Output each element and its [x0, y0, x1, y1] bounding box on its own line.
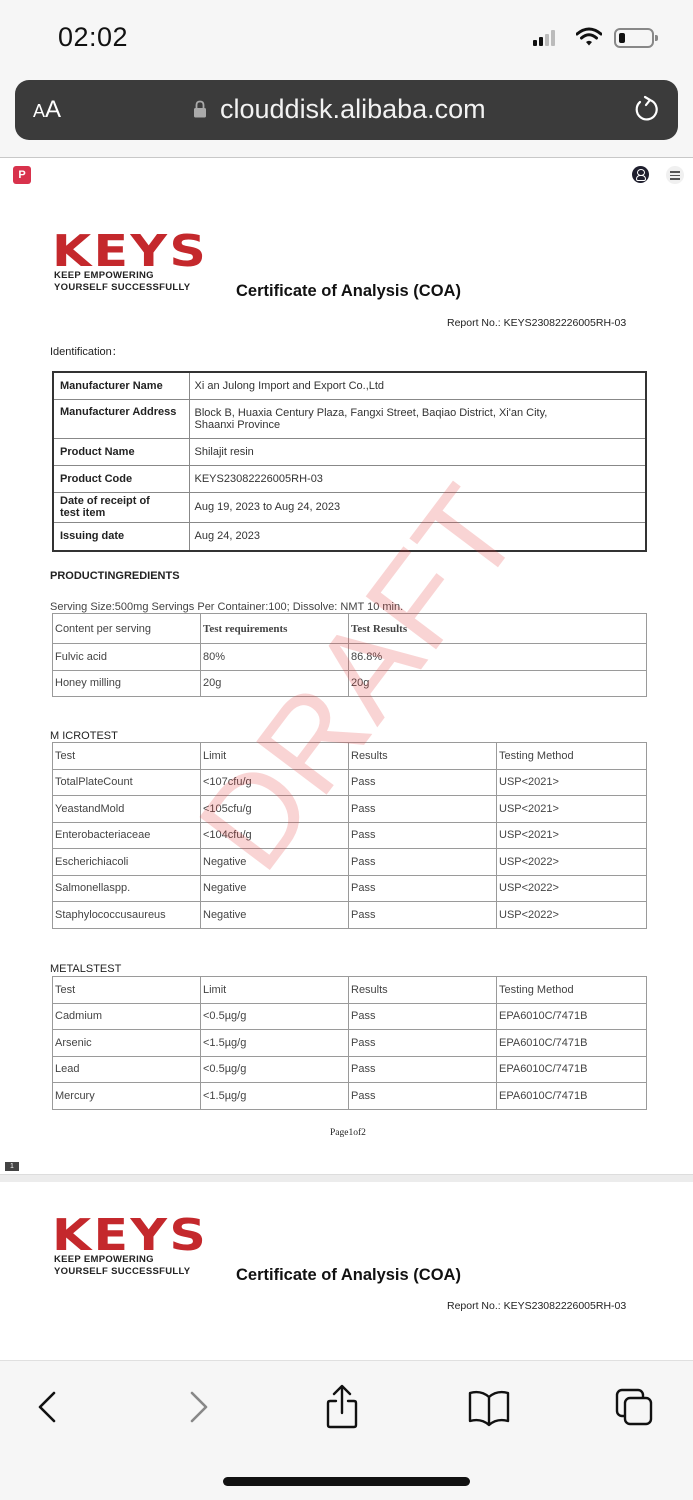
- id-value: Shilajit resin: [189, 438, 646, 465]
- cell: Pass: [349, 822, 497, 849]
- address-bar[interactable]: AA clouddisk.alibaba.com: [15, 80, 678, 140]
- home-indicator[interactable]: [223, 1477, 470, 1486]
- cell: 20g: [201, 670, 349, 697]
- cell: USP<2021>: [497, 796, 647, 823]
- cell: Salmonellaspp.: [53, 875, 201, 902]
- table-row: Cadmium<0.5µg/gPassEPA6010C/7471B: [53, 1003, 647, 1030]
- forward-icon[interactable]: [178, 1387, 218, 1427]
- cell: <1.5µg/g: [201, 1030, 349, 1057]
- serving-note: Serving Size:500mg Servings Per Containe…: [50, 601, 403, 613]
- table-row: Salmonellaspp.NegativePassUSP<2022>: [53, 875, 647, 902]
- cell: Negative: [201, 902, 349, 929]
- id-value: Block B, Huaxia Century Plaza, Fangxi St…: [189, 399, 646, 438]
- cell: USP<2022>: [497, 849, 647, 876]
- report-number: Report No.: KEYS23082226005RH-03: [447, 317, 626, 329]
- tabs-icon[interactable]: [614, 1387, 654, 1427]
- share-icon[interactable]: [322, 1383, 362, 1429]
- column-header: Test Results: [349, 614, 647, 644]
- table-row: Arsenic<1.5µg/gPassEPA6010C/7471B: [53, 1030, 647, 1057]
- user-icon[interactable]: [632, 166, 649, 183]
- identification-table: Manufacturer NameXi an Julong Import and…: [52, 371, 647, 552]
- table-row: Enterobacteriaceae<104cfu/gPassUSP<2021>: [53, 822, 647, 849]
- cell: Pass: [349, 875, 497, 902]
- cell: <0.5µg/g: [201, 1003, 349, 1030]
- id-value: KEYS23082226005RH-03: [189, 465, 646, 492]
- cell: EPA6010C/7471B: [497, 1003, 647, 1030]
- id-key: Product Name: [53, 438, 189, 465]
- cell: 20g: [349, 670, 647, 697]
- keys-logo: KEYS: [52, 230, 208, 274]
- column-header: Testing Method: [497, 743, 647, 770]
- ingredients-table: Content per serving Test requirements Te…: [52, 613, 647, 697]
- id-value: Aug 19, 2023 to Aug 24, 2023: [189, 492, 646, 522]
- cell: Mercury: [53, 1083, 201, 1110]
- cell: 86.8%: [349, 644, 647, 671]
- microtest-heading: M ICROTEST: [50, 730, 118, 742]
- column-header: Limit: [201, 743, 349, 770]
- cell: Pass: [349, 796, 497, 823]
- battery-icon: [614, 28, 654, 48]
- table-row: Honey milling 20g 20g: [53, 670, 647, 697]
- back-icon[interactable]: [28, 1387, 68, 1427]
- cell: Fulvic acid: [53, 644, 201, 671]
- id-key: Manufacturer Address: [53, 399, 189, 438]
- cell: <1.5µg/g: [201, 1083, 349, 1110]
- cell: USP<2022>: [497, 902, 647, 929]
- page-separator: [0, 1174, 693, 1182]
- column-header: Testing Method: [497, 977, 647, 1004]
- table-row: StaphylococcusaureusNegativePassUSP<2022…: [53, 902, 647, 929]
- page-footer: Page1of2: [330, 1128, 366, 1138]
- microtest-table: Test Limit Results Testing Method TotalP…: [52, 742, 647, 929]
- id-key: Manufacturer Name: [53, 372, 189, 399]
- cell: <105cfu/g: [201, 796, 349, 823]
- id-key: Product Code: [53, 465, 189, 492]
- status-bar: 02:02: [0, 0, 693, 78]
- cell: Negative: [201, 875, 349, 902]
- clock: 02:02: [58, 22, 128, 53]
- table-header-row: Test Limit Results Testing Method: [53, 977, 647, 1004]
- cell: Staphylococcusaureus: [53, 902, 201, 929]
- id-key: Date of receipt of test item: [53, 492, 189, 522]
- hamburger-menu-icon[interactable]: [666, 166, 684, 184]
- logo-tagline: KEEP EMPOWERING YOURSELF SUCCESSFULLY: [54, 270, 190, 294]
- cell: Negative: [201, 849, 349, 876]
- cell: Cadmium: [53, 1003, 201, 1030]
- column-header: Results: [349, 743, 497, 770]
- cell: <107cfu/g: [201, 769, 349, 796]
- cell: Lead: [53, 1056, 201, 1083]
- bookmarks-icon[interactable]: [467, 1387, 511, 1427]
- column-header: Test: [53, 743, 201, 770]
- metalstest-heading: METALSTEST: [50, 963, 121, 975]
- certificate-title: Certificate of Analysis (COA): [236, 1266, 461, 1285]
- column-header: Limit: [201, 977, 349, 1004]
- identification-label: Identification：: [50, 343, 123, 359]
- table-row: Lead<0.5µg/gPassEPA6010C/7471B: [53, 1056, 647, 1083]
- document-viewer[interactable]: P KEYS KEEP EMPOWERING YOURSELF SUCCESSF…: [0, 158, 693, 1360]
- id-value: Xi an Julong Import and Export Co.,Ltd: [189, 372, 646, 399]
- cell: Pass: [349, 1030, 497, 1057]
- cell: Pass: [349, 769, 497, 796]
- metalstest-table: Test Limit Results Testing Method Cadmiu…: [52, 976, 647, 1110]
- tagline-line-2: YOURSELF SUCCESSFULLY: [54, 282, 190, 294]
- cell: EPA6010C/7471B: [497, 1030, 647, 1057]
- reload-icon[interactable]: [632, 95, 660, 125]
- column-header: Test: [53, 977, 201, 1004]
- logo-tagline: KEEP EMPOWERING YOURSELF SUCCESSFULLY: [54, 1254, 190, 1278]
- table-row: Mercury<1.5µg/gPassEPA6010C/7471B: [53, 1083, 647, 1110]
- cell: Escherichiacoli: [53, 849, 201, 876]
- cell: Pass: [349, 849, 497, 876]
- id-key: Issuing date: [53, 522, 189, 551]
- wifi-icon: [576, 27, 602, 47]
- cell: <0.5µg/g: [201, 1056, 349, 1083]
- cellular-signal-icon: [533, 30, 553, 46]
- id-value: Aug 24, 2023: [189, 522, 646, 551]
- keys-logo: KEYS: [52, 1214, 208, 1258]
- certificate-title: Certificate of Analysis (COA): [236, 282, 461, 301]
- ingredients-heading: PRODUCTINGREDIENTS: [50, 570, 180, 582]
- report-number: Report No.: KEYS23082226005RH-03: [447, 1300, 626, 1312]
- cell: TotalPlateCount: [53, 769, 201, 796]
- cell: EPA6010C/7471B: [497, 1083, 647, 1110]
- cell: Enterobacteriaceae: [53, 822, 201, 849]
- cell: Pass: [349, 1003, 497, 1030]
- document-app-icon[interactable]: P: [13, 166, 31, 184]
- column-header: Content per serving: [53, 614, 201, 644]
- cell: Pass: [349, 1083, 497, 1110]
- tagline-line-1: KEEP EMPOWERING: [54, 270, 190, 282]
- url-text[interactable]: clouddisk.alibaba.com: [220, 94, 486, 125]
- cell: USP<2022>: [497, 875, 647, 902]
- column-header: Test requirements: [201, 614, 349, 644]
- table-row: EscherichiacoliNegativePassUSP<2022>: [53, 849, 647, 876]
- lock-icon: [193, 100, 207, 118]
- cell: Pass: [349, 1056, 497, 1083]
- tagline-line-2: YOURSELF SUCCESSFULLY: [54, 1266, 190, 1278]
- cell: 80%: [201, 644, 349, 671]
- column-header: Results: [349, 977, 497, 1004]
- cell: Arsenic: [53, 1030, 201, 1057]
- table-row: TotalPlateCount<107cfu/gPassUSP<2021>: [53, 769, 647, 796]
- text-size-button[interactable]: AA: [33, 96, 61, 124]
- cell: Pass: [349, 902, 497, 929]
- table-row: Fulvic acid 80% 86.8%: [53, 644, 647, 671]
- cell: <104cfu/g: [201, 822, 349, 849]
- table-row: YeastandMold<105cfu/gPassUSP<2021>: [53, 796, 647, 823]
- cell: YeastandMold: [53, 796, 201, 823]
- tagline-line-1: KEEP EMPOWERING: [54, 1254, 190, 1266]
- cell: USP<2021>: [497, 822, 647, 849]
- cell: USP<2021>: [497, 769, 647, 796]
- viewer-toolbar: P: [0, 158, 693, 190]
- cell: EPA6010C/7471B: [497, 1056, 647, 1083]
- table-header-row: Test Limit Results Testing Method: [53, 743, 647, 770]
- cell: Honey milling: [53, 670, 201, 697]
- page-number-badge: 1: [5, 1162, 19, 1171]
